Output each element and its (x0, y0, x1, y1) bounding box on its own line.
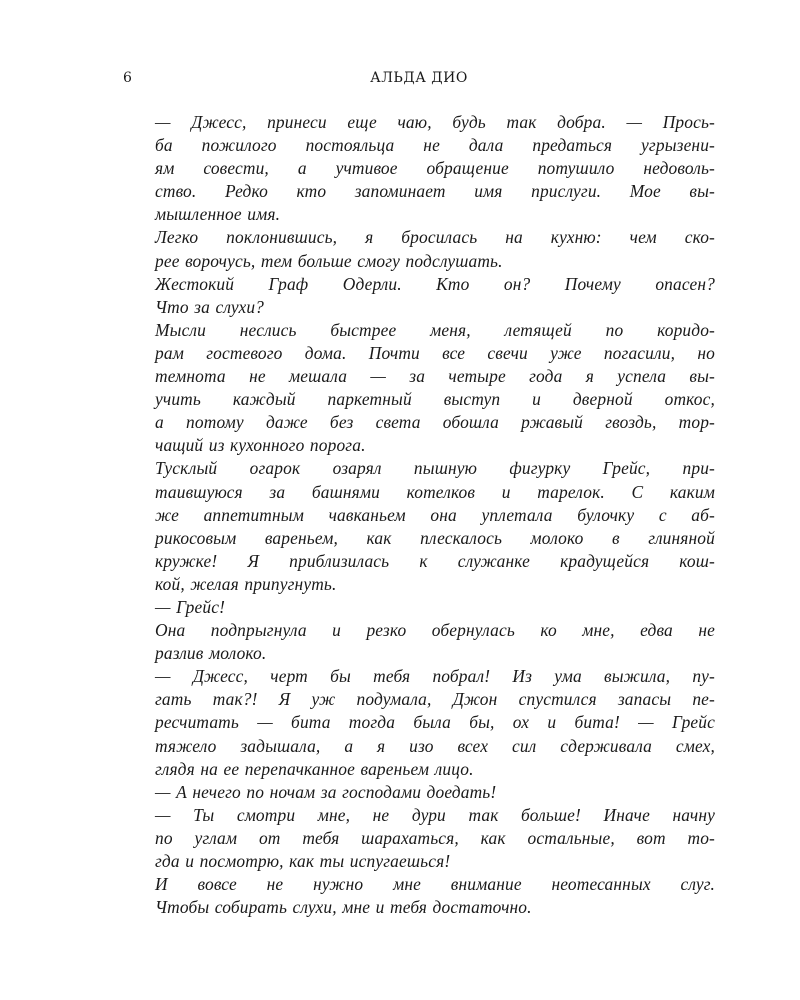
text-line: Мысли неслись быстрее меня, летящей по к… (123, 319, 715, 342)
text-line: кой, желая припугнуть. (123, 573, 715, 596)
text-line: чащий из кухонного порога. (123, 434, 715, 457)
text-line: глядя на ее перепачканное вареньем лицо. (123, 758, 715, 781)
text-line: ство. Редко кто запоминает имя прислуги.… (123, 180, 715, 203)
text-line: тяжело задышала, а я изо всех сил сдержи… (123, 735, 715, 758)
paragraph: Легко поклонившись, я бросилась на кухню… (123, 226, 715, 272)
paragraph: Она подпрыгнула и резко обернулась ко мн… (123, 619, 715, 665)
text-line: — Грейс! (123, 596, 715, 619)
text-line: кружке! Я приблизилась к служанке крадущ… (123, 550, 715, 573)
paragraph: И вовсе не нужно мне внимание неотесанны… (123, 873, 715, 919)
text-line: ресчитать — бита тогда была бы, ох и бит… (123, 711, 715, 734)
paragraph: Жестокий Граф Одерли. Кто он? Почему опа… (123, 273, 715, 319)
body-text: — Джесс, принеси еще чаю, будь так добра… (123, 111, 715, 919)
text-line: гда и посмотрю, как ты испугаешься! (123, 850, 715, 873)
text-line: ям совести, а учтивое обращение потушило… (123, 157, 715, 180)
text-line: темнота не мешала — за четыре года я усп… (123, 365, 715, 388)
paragraph: — Джесс, принеси еще чаю, будь так добра… (123, 111, 715, 226)
text-line: учить каждый паркетный выступ и дверной … (123, 388, 715, 411)
running-head: 6 АЛЬДА ДИО (123, 70, 715, 94)
text-line: мышленное имя. (123, 203, 715, 226)
text-line: ба пожилого постояльца не дала предаться… (123, 134, 715, 157)
text-line: рее ворочусь, тем больше смогу подслушат… (123, 250, 715, 273)
text-line: же аппетитным чавканьем она уплетала бул… (123, 504, 715, 527)
text-line: Что за слухи? (123, 296, 715, 319)
paragraph: — Джесс, черт бы тебя побрал! Из ума выж… (123, 665, 715, 780)
text-line: Чтобы собирать слухи, мне и тебя достато… (123, 896, 715, 919)
paragraph: — Ты смотри мне, не дури так больше! Ина… (123, 804, 715, 873)
text-line: И вовсе не нужно мне внимание неотесанны… (123, 873, 715, 896)
paragraph: — А нечего по ночам за господами доедать… (123, 781, 715, 804)
paragraph: Мысли неслись быстрее меня, летящей по к… (123, 319, 715, 458)
text-line: Жестокий Граф Одерли. Кто он? Почему опа… (123, 273, 715, 296)
text-line: рам гостевого дома. Почти все свечи уже … (123, 342, 715, 365)
text-line: таившуюся за башнями котелков и тарелок.… (123, 481, 715, 504)
book-page: 6 АЛЬДА ДИО — Джесс, принеси еще чаю, бу… (123, 70, 715, 919)
text-line: — А нечего по ночам за господами доедать… (123, 781, 715, 804)
text-line: Тусклый огарок озарял пышную фигурку Гре… (123, 457, 715, 480)
text-line: — Джесс, принеси еще чаю, будь так добра… (123, 111, 715, 134)
paragraph: Тусклый огарок озарял пышную фигурку Гре… (123, 457, 715, 596)
book-author: АЛЬДА ДИО (123, 70, 715, 86)
text-line: — Ты смотри мне, не дури так больше! Ина… (123, 804, 715, 827)
text-line: а потому даже без света обошла ржавый гв… (123, 411, 715, 434)
text-line: разлив молоко. (123, 642, 715, 665)
text-line: по углам от тебя шарахаться, как остальн… (123, 827, 715, 850)
text-line: — Джесс, черт бы тебя побрал! Из ума выж… (123, 665, 715, 688)
text-line: Она подпрыгнула и резко обернулась ко мн… (123, 619, 715, 642)
text-line: Легко поклонившись, я бросилась на кухню… (123, 226, 715, 249)
text-line: рикосовым вареньем, как плескалось молок… (123, 527, 715, 550)
text-line: гать так?! Я уж подумала, Джон спустился… (123, 688, 715, 711)
paragraph: — Грейс! (123, 596, 715, 619)
